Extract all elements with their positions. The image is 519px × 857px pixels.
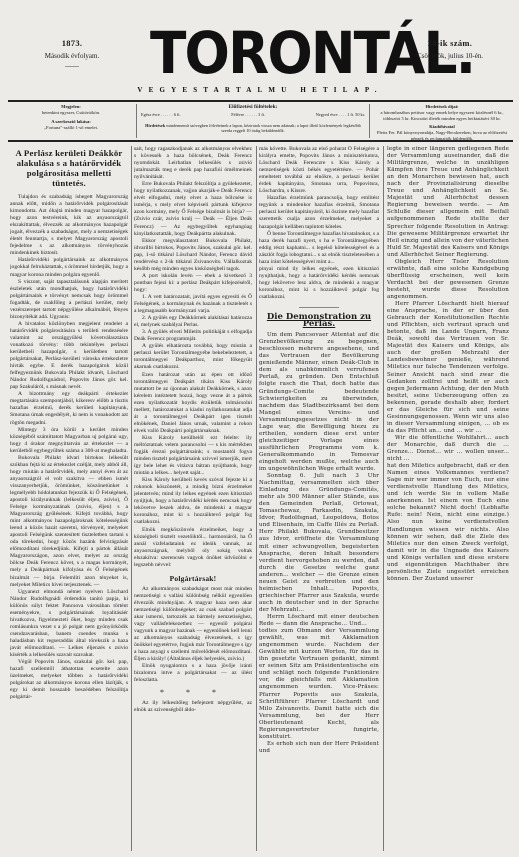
divider [299, 307, 339, 308]
info-text: a háromhasábos petitsor vagy ennek helye… [372, 110, 512, 122]
column-1: A Perlász kerületi Deákkör alakulása s a… [10, 146, 128, 851]
paragraph: hat den Miletics aufgebracht, daß er den… [387, 463, 509, 583]
paragraph: Elnök nyugalomra s a haza jövője iránti … [134, 663, 252, 684]
paragraph: Es erhob sich nun der Herr Präsident und [259, 741, 379, 755]
newspaper-page: 1873. Második évfolyam. TORONTÁL. VEGYES… [0, 0, 519, 857]
paragraph: Kiss Károly kerülbelől ezt felelte: ily … [134, 435, 252, 477]
paragraph: Ő benne Torontálmegye hazafias hivatalno… [259, 231, 379, 266]
year-label: 1873. [22, 38, 122, 48]
masthead-left: 1873. Második évfolyam. [22, 38, 122, 67]
notice-text: mindennemű szövegben fölvétetnek a lapon… [166, 123, 361, 133]
notice-label: Hirdetések [145, 123, 165, 128]
paragraph: Határőrvidéki polgártársaink az alkotmán… [10, 257, 128, 278]
price-item: Negyed évre . . . . 1 ft. 50 kr. [316, 112, 365, 118]
paragraph: Herrn Löschard mit einer deutschen Rede … [259, 614, 379, 628]
section-title: Polgártársak! [134, 575, 252, 582]
column-3: más követte. Bukovala az első poharat Ő … [259, 146, 379, 851]
paragraph: sait, hogy ragaszkodjanak az alkotmányos… [134, 146, 252, 181]
subscription-info: Előfizetési föltételek: Egész évre . . .… [136, 104, 370, 138]
paragraph: A gyülés elhatározta továbbá, hogy miutá… [134, 343, 252, 371]
paragraph: Az ily lelkesítőleg befejezett népgyűlés… [134, 700, 252, 714]
paragraph: Mintegy 3 óra körül a kerület minden köz… [10, 427, 128, 455]
paragraph: Az alkotmányos szabadságot most már mind… [134, 586, 252, 664]
paragraph: 1. A vett határozatait, javítá egyes egy… [134, 294, 252, 315]
paragraph: A bizottmány egy deákpárti értekezlet me… [10, 391, 128, 426]
paragraph: Bukovala Philakt ídvari birtokos lelkesü… [10, 455, 128, 589]
info-heading: Előfizetési föltételek: [141, 104, 365, 110]
paragraph: más követte. Bukovala az első poharat Ő … [259, 146, 379, 195]
paragraph: A port iskolán levén — ebek a kivetkező … [134, 273, 252, 294]
paragraph: Ezen határozat után az épen ott időző to… [134, 372, 252, 435]
paragraph: Végül Popovits János, szakulai gör. kel.… [10, 659, 128, 701]
advertising-info: Hirdetések díjai: a háromhasábos petitso… [372, 104, 512, 142]
masthead-right: 28-ik szám. Csötörtök, julius 10-én. [395, 38, 505, 60]
paragraph: Herr Pfarrer Löschardt hielt hierauf ein… [387, 301, 509, 435]
column-2: sait, hogy ragaszkodjanak az alkotmányos… [134, 146, 252, 851]
paragraph: Tulajdon és szabadság ishegett Magyarors… [10, 194, 128, 257]
info-text: „Fortuna"-szálló 1-ső emelet. [10, 125, 132, 131]
price-item: Félévre . . . . . . 3 ft. [231, 112, 265, 118]
paragraph: Wir die öffentliche Wohlfahrt... auch de… [387, 435, 509, 463]
paragraph: 3. A gyülés elveti Miletits politikáját … [134, 329, 252, 343]
column-rule [256, 146, 257, 851]
paragraph: Obgleich Herr Tisler Resolution erwähnte… [387, 259, 509, 301]
paragraph: 2. A gyülés egy Deákkörnek alakításai ha… [134, 315, 252, 329]
price-item: Egész évre . . . . . . 6 ft. [141, 112, 181, 118]
column-rule [131, 146, 132, 851]
publication-info: Megjelen: hetenkint egyszer, Csütörtökön… [10, 104, 132, 131]
newspaper-subtitle: VEGYESTARTALMU HETILAP. [110, 86, 410, 94]
divider [65, 66, 79, 67]
paragraph: S viszont, saját tapasztalásunk alapján … [10, 279, 128, 321]
section-separator: * * * [134, 689, 252, 696]
column-4: legte in einer längeren gediegenen Rede … [387, 146, 509, 851]
paragraph: Hazafias érzelmünk parancsolja, hogy eml… [259, 195, 379, 230]
price-row: Egész évre . . . . . . 6 ft. Félévre . .… [141, 112, 365, 118]
paragraph: A hivatalos közlönyben megjelent rendele… [10, 321, 128, 391]
paragraph: legte in einer längeren gediegenen Rede … [387, 146, 509, 259]
masthead: 1873. Második évfolyam. TORONTÁL. VEGYES… [0, 0, 519, 100]
notice: Hirdetések mindennemű szövegben fölvétet… [141, 123, 365, 133]
divider [8, 100, 513, 102]
divider [8, 140, 513, 142]
article-headline: A Perlász kerületi Deákkör alakulása s a… [10, 148, 128, 188]
date-label: Csötörtök, julius 10-én. [395, 52, 505, 60]
section-title: Die Demonstration zu Perlas. [259, 314, 379, 328]
paragraph: todtes zum Obmann der Versammlung gewähl… [259, 628, 379, 741]
volume-label: Második évfolyam. [22, 52, 122, 60]
newspaper-title: TORONTÁL. [150, 20, 380, 86]
paragraph: Um dem Pancsovaer Attentat auf die Grenz… [259, 332, 379, 473]
info-text: hetenkint egyszer, Csütörtökön. [10, 110, 132, 116]
paragraph: Ugyanezt elmondá német nyelven Löschard … [10, 589, 128, 659]
paragraph: Sonntag 6. Juli nach 3 Uhr Nachmittag, v… [259, 473, 379, 614]
paragraph: pinyai mind ily lelkes egyének, ezen kit… [259, 266, 379, 301]
issue-label: 28-ik szám. [395, 38, 505, 48]
paragraph: Ekkor megválasztatott Bukovala Philakt, … [134, 238, 252, 273]
paragraph: Elnök megköszönvén érzelmeiket, hogy a k… [134, 527, 252, 569]
column-rule [383, 146, 384, 851]
paragraph: Erre Bukovala Philakt felszólítja a gyül… [134, 181, 252, 237]
paragraph: Kiss Károly kerülbeli kevés szóval fejez… [134, 477, 252, 526]
